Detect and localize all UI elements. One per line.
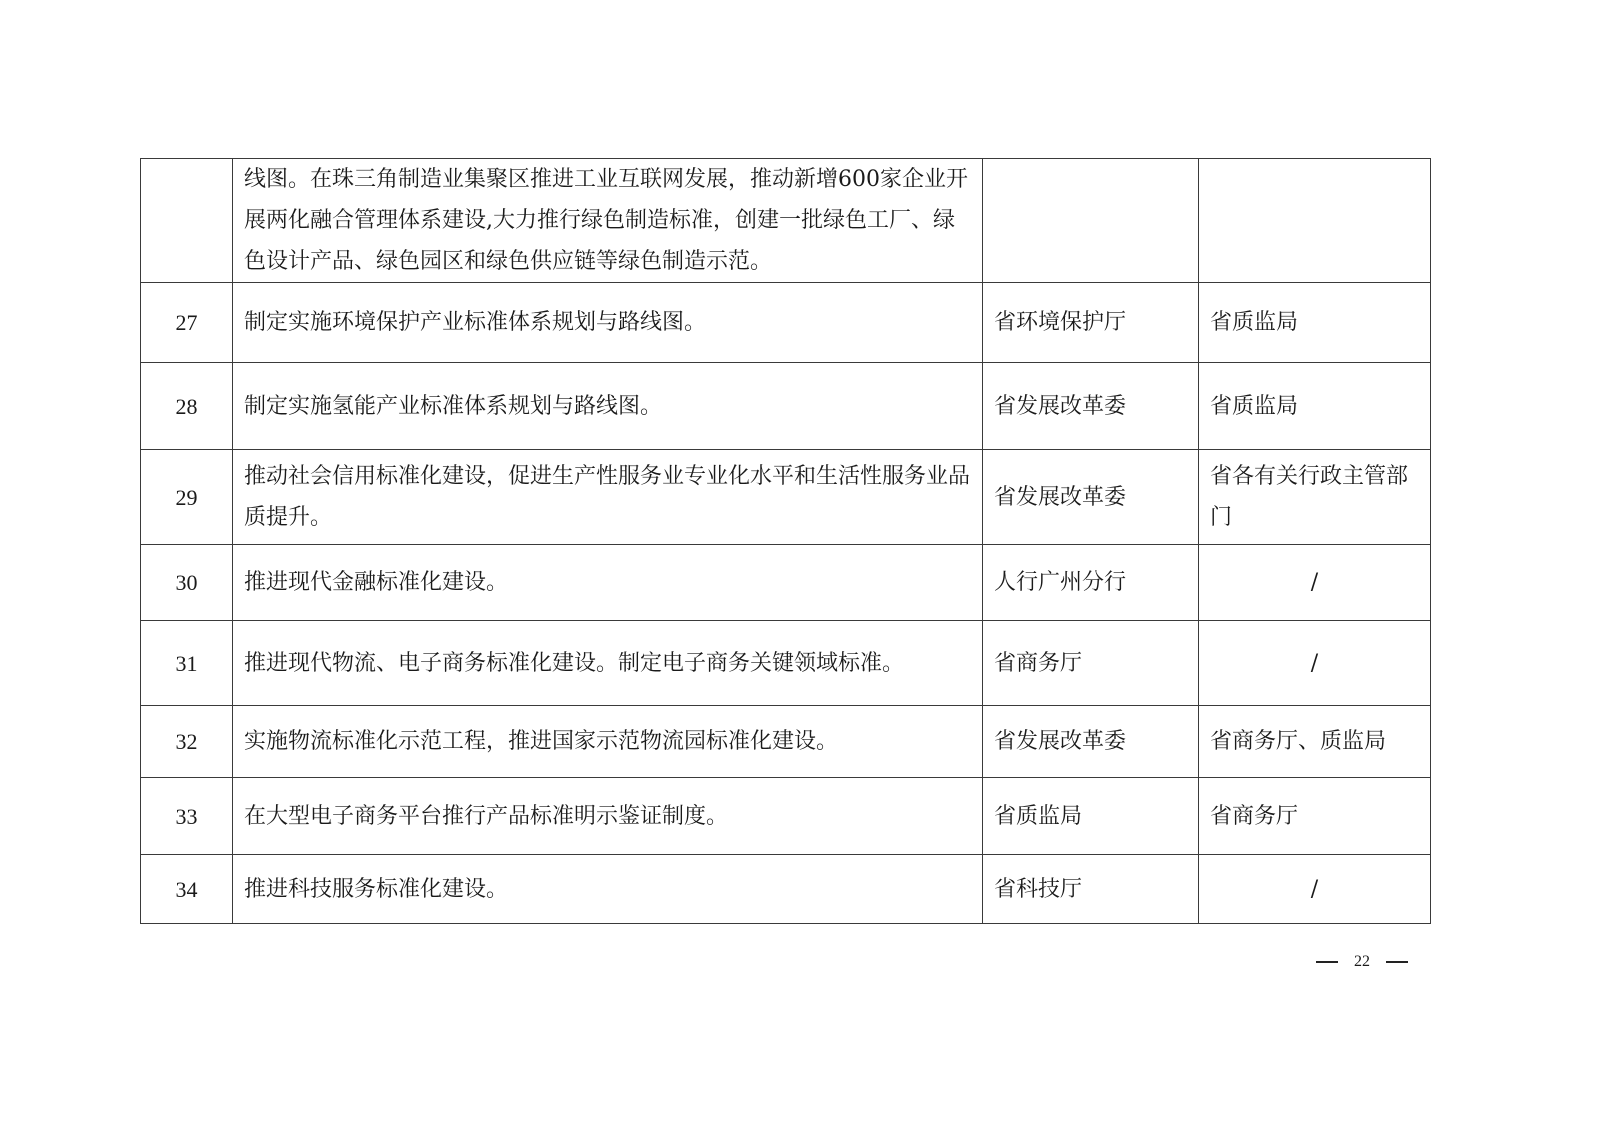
task-cell: 制定实施氢能产业标准体系规划与路线图。 (233, 363, 983, 450)
partner-department-cell: / (1199, 855, 1431, 924)
table-row: 29 推动社会信用标准化建设，促进生产性服务业专业化水平和生活性服务业品质提升。… (141, 450, 1431, 545)
partner-department-cell: 省商务厅、质监局 (1199, 706, 1431, 778)
row-number: 31 (141, 621, 233, 706)
table-row: 34 推进科技服务标准化建设。 省科技厅 / (141, 855, 1431, 924)
row-number: 29 (141, 450, 233, 545)
lead-department-cell: 省发展改革委 (983, 363, 1199, 450)
lead-department-cell: 省发展改革委 (983, 450, 1199, 545)
row-number: 32 (141, 706, 233, 778)
table-row: 28 制定实施氢能产业标准体系规划与路线图。 省发展改革委 省质监局 (141, 363, 1431, 450)
task-cell: 推动社会信用标准化建设，促进生产性服务业专业化水平和生活性服务业品质提升。 (233, 450, 983, 545)
partner-department-cell: / (1199, 545, 1431, 621)
partner-department-cell: 省商务厅 (1199, 778, 1431, 855)
page-dash-left (1316, 961, 1338, 963)
page-dash-right (1386, 961, 1408, 963)
partner-department-cell: / (1199, 621, 1431, 706)
row-number: 27 (141, 283, 233, 363)
row-number: 33 (141, 778, 233, 855)
row-number: 28 (141, 363, 233, 450)
row-number: 30 (141, 545, 233, 621)
task-cell: 推进现代物流、电子商务标准化建设。制定电子商务关键领域标准。 (233, 621, 983, 706)
task-cell: 制定实施环境保护产业标准体系规划与路线图。 (233, 283, 983, 363)
lead-department-cell (983, 159, 1199, 283)
lead-department-cell: 省环境保护厅 (983, 283, 1199, 363)
partner-department-cell (1199, 159, 1431, 283)
table-row: 30 推进现代金融标准化建设。 人行广州分行 / (141, 545, 1431, 621)
lead-department-cell: 省发展改革委 (983, 706, 1199, 778)
row-number (141, 159, 233, 283)
page-number-text: 22 (1354, 953, 1370, 971)
task-cell: 在大型电子商务平台推行产品标准明示鉴证制度。 (233, 778, 983, 855)
table-row: 32 实施物流标准化示范工程，推进国家示范物流园标准化建设。 省发展改革委 省商… (141, 706, 1431, 778)
lead-department-cell: 省商务厅 (983, 621, 1199, 706)
lead-department-cell: 省质监局 (983, 778, 1199, 855)
task-cell: 实施物流标准化示范工程，推进国家示范物流园标准化建设。 (233, 706, 983, 778)
lead-department-cell: 人行广州分行 (983, 545, 1199, 621)
table-row: 31 推进现代物流、电子商务标准化建设。制定电子商务关键领域标准。 省商务厅 / (141, 621, 1431, 706)
page-number: 22 (1316, 952, 1408, 972)
partner-department-cell: 省质监局 (1199, 283, 1431, 363)
table-row: 27 制定实施环境保护产业标准体系规划与路线图。 省环境保护厅 省质监局 (141, 283, 1431, 363)
partner-department-cell: 省各有关行政主管部门 (1199, 450, 1431, 545)
task-cell: 推进现代金融标准化建设。 (233, 545, 983, 621)
partner-department-cell: 省质监局 (1199, 363, 1431, 450)
row-number: 34 (141, 855, 233, 924)
task-cell: 线图。在珠三角制造业集聚区推进工业互联网发展，推动新增600家企业开展两化融合管… (233, 159, 983, 283)
table-row: 33 在大型电子商务平台推行产品标准明示鉴证制度。 省质监局 省商务厅 (141, 778, 1431, 855)
task-cell: 推进科技服务标准化建设。 (233, 855, 983, 924)
lead-department-cell: 省科技厅 (983, 855, 1199, 924)
table-row: 线图。在珠三角制造业集聚区推进工业互联网发展，推动新增600家企业开展两化融合管… (141, 159, 1431, 283)
standards-task-table: 线图。在珠三角制造业集聚区推进工业互联网发展，推动新增600家企业开展两化融合管… (140, 158, 1431, 924)
